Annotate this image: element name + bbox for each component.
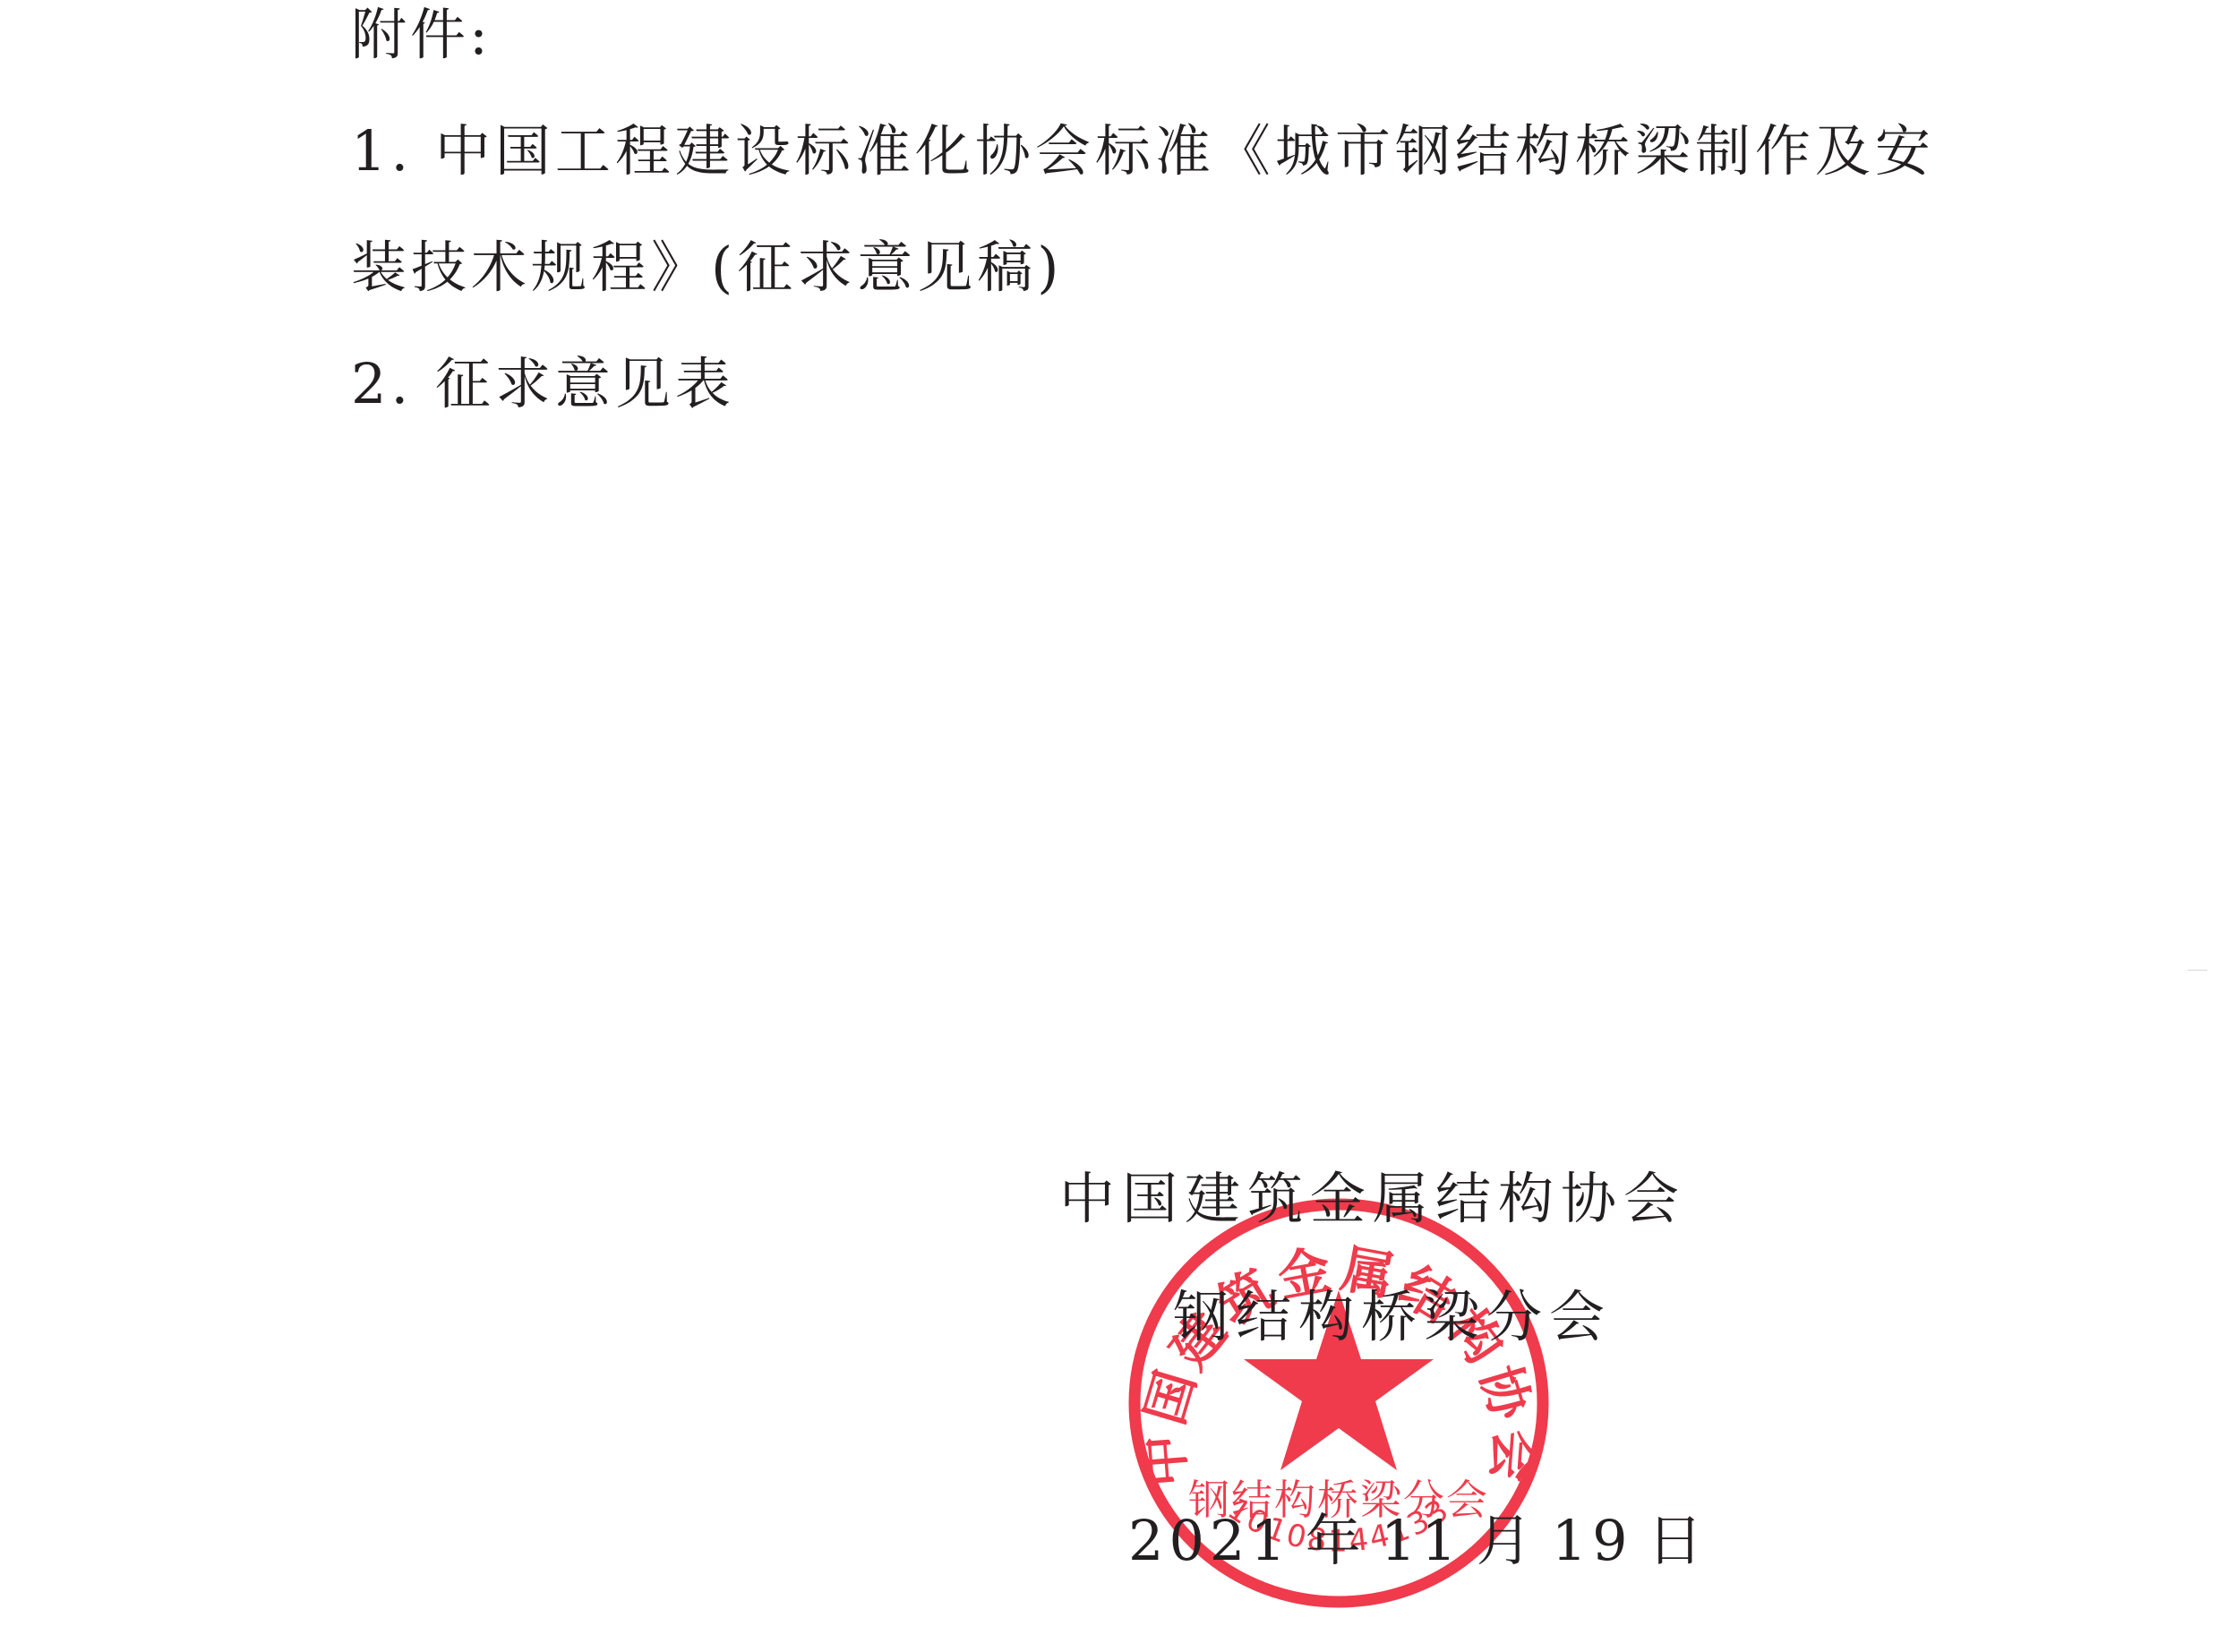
date-year-unit: 年 [1306,1508,1366,1573]
attachments-heading: 附件: [351,7,492,63]
attachment-item-1-line-2: 装技术规程》(征求意见稿) [351,240,1063,295]
signature-branch: 钢结构桥梁分会 [1173,1289,1612,1345]
date-day: 19 [1552,1508,1633,1573]
signature-organization: 中国建筑金属结构协会 [1059,1171,1686,1227]
date-day-unit: 日 [1648,1508,1708,1573]
date-year: 2021 [1128,1508,1291,1573]
attachment-item-1-line-1: 1. 中国工程建设标准化协会标准《城市钢结构桥梁制作及安 [351,124,1935,179]
scan-artifact [2188,970,2207,971]
document-page: 附件: 1. 中国工程建设标准化协会标准《城市钢结构桥梁制作及安 装技术规程》(… [0,0,2218,1652]
attachment-item-2: 2. 征求意见表 [351,356,735,412]
signature-date: 2021年11月19日 [1128,1513,1723,1569]
date-month-unit: 月 [1477,1508,1537,1573]
date-month: 11 [1381,1508,1462,1573]
